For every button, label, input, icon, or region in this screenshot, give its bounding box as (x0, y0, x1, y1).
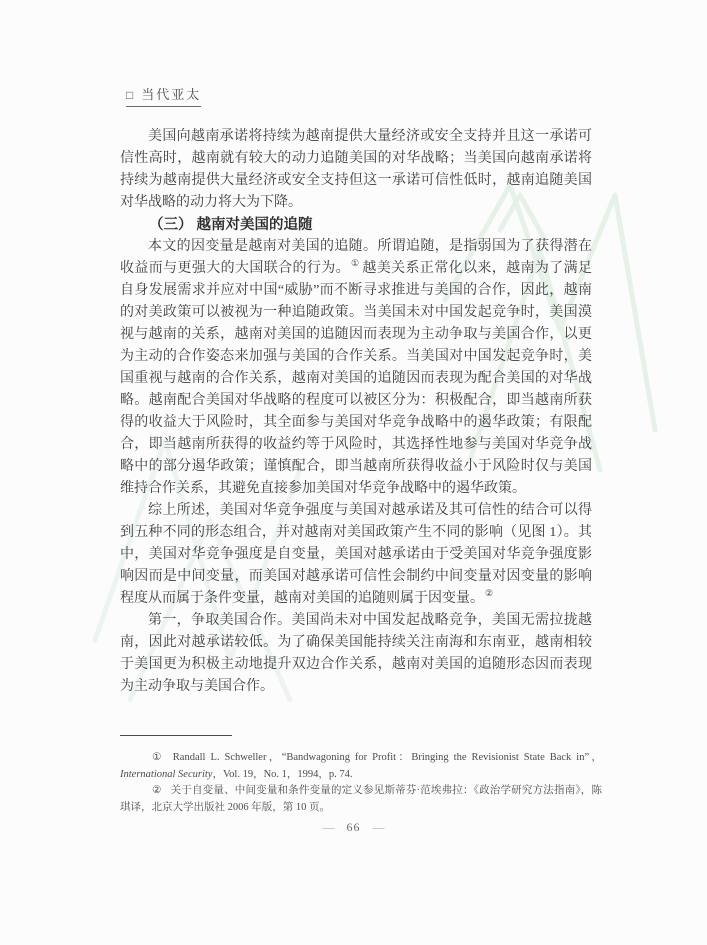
paragraph-2-text-b: 越美关系正常化以来，越南为了满足自身发展需求并应对中国“威胁”而不断寻求推进与美… (120, 261, 592, 496)
paragraph-4: 第一，争取美国合作。美国尚未对中国发起战略竞争，美国无需拉拢越南，因此对越承诺较… (120, 610, 592, 698)
footnote-1: ①Randall L. Schweller，“Bandwagoning for … (120, 750, 602, 783)
footnote-1-marker: ① (152, 752, 164, 763)
page-number-dash-right: — (373, 820, 385, 834)
footnote-2-marker: ② (152, 785, 162, 796)
paragraph-1: 美国向越南承诺将持续为越南提供大量经济或安全支持并且这一承诺可信性高时，越南就有… (120, 126, 592, 214)
section-heading: （三） 越南对美国的追随 (120, 214, 592, 236)
footnote-separator (120, 735, 232, 736)
paragraph-3-text: 综上所述，美国对华竞争强度与美国对越承诺及其可信性的结合可以得到五种不同的形态组… (120, 503, 592, 606)
page-number-dash-left: — (323, 820, 335, 834)
article-body: 美国向越南承诺将持续为越南提供大量经济或安全支持并且这一承诺可信性高时，越南就有… (120, 126, 592, 698)
page-number: —66— (0, 820, 707, 835)
footnote-ref-2: ② (485, 588, 493, 598)
footnote-1-text-a: Randall L. Schweller，“Bandwagoning for P… (173, 752, 602, 763)
footnote-1-text-b: ，Vol. 19，No. 1，1994，p. 74. (212, 769, 352, 780)
square-box-icon: □ (126, 88, 135, 103)
journal-header: □当代亚太 (126, 84, 201, 107)
paragraph-2: 本文的因变量是越南对美国的追随。所谓追随，是指弱国为了获得潜在收益而与更强大的大… (120, 236, 592, 500)
footnote-ref-1: ① (351, 258, 359, 268)
footnote-1-journal-name: International Security (120, 769, 212, 780)
footnote-2: ②关于自变量、中间变量和条件变量的定义参见斯蒂芬·范埃弗拉：《政治学研究方法指南… (120, 783, 602, 816)
journal-title: 当代亚太 (141, 87, 201, 102)
paragraph-3: 综上所述，美国对华竞争强度与美国对越承诺及其可信性的结合可以得到五种不同的形态组… (120, 500, 592, 610)
footnote-2-text: 关于自变量、中间变量和条件变量的定义参见斯蒂芬·范埃弗拉：《政治学研究方法指南》… (120, 785, 602, 813)
page-number-value: 66 (347, 820, 361, 834)
footnotes: ①Randall L. Schweller，“Bandwagoning for … (120, 750, 602, 816)
document-page: □当代亚太 美国向越南承诺将持续为越南提供大量经济或安全支持并且这一承诺可信性高… (0, 0, 707, 945)
